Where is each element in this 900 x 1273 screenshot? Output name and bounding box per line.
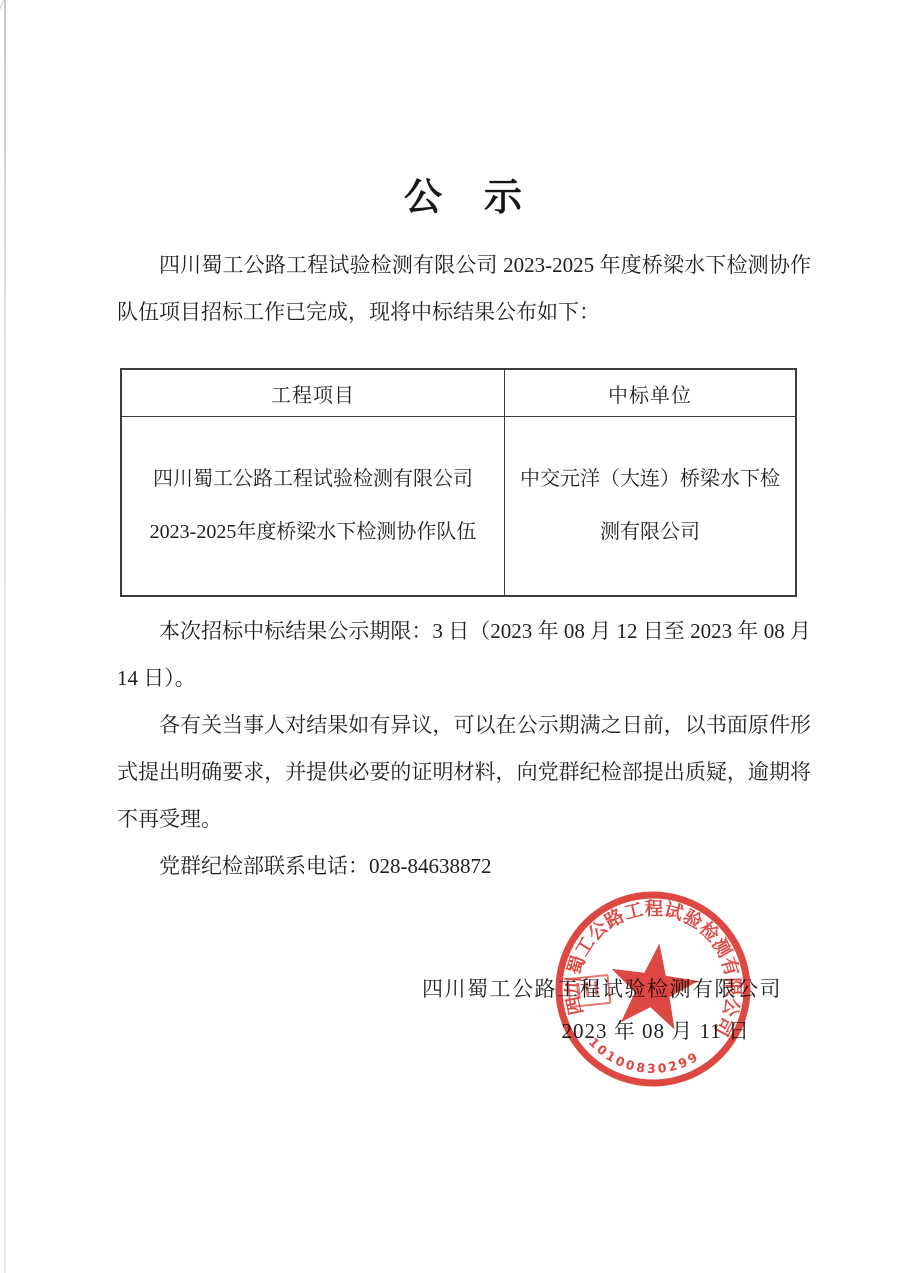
doc-title: 公 示 <box>117 166 811 221</box>
project-line1: 四川蜀工公路工程试验检测有限公司 <box>150 453 477 506</box>
objection-paragraph: 各有关当事人对结果如有异议，可以在公示期满之日前，以书面原件形式提出明确要求，并… <box>117 702 811 843</box>
winner-line2: 测有限公司 <box>520 506 780 559</box>
winner-line1: 中交元洋（大连）桥梁水下检 <box>520 453 780 506</box>
lower-paragraphs-block: 本次招标中标结果公示期限：3 日（2023 年 08 月 12 日至 2023 … <box>117 608 811 890</box>
result-table: 工程项目 中标单位 四川蜀工公路工程试验检测有限公司 2023-2025年度桥梁… <box>120 368 797 597</box>
intro-paragraph-block: 四川蜀工公路工程试验检测有限公司 2023-2025 年度桥梁水下检测协作队伍项… <box>117 242 811 336</box>
table-header-project: 工程项目 <box>122 370 505 417</box>
scan-edge-line <box>4 0 6 1273</box>
intro-paragraph: 四川蜀工公路工程试验检测有限公司 2023-2025 年度桥梁水下检测协作队伍项… <box>117 242 811 336</box>
table-header-winner: 中标单位 <box>505 370 795 417</box>
contact-paragraph: 党群纪检部联系电话：028-84638872 <box>117 843 811 890</box>
winner-cell: 中交元洋（大连）桥梁水下检 测有限公司 <box>505 417 795 595</box>
project-cell: 四川蜀工公路工程试验检测有限公司 2023-2025年度桥梁水下检测协作队伍 <box>122 417 505 595</box>
project-line2: 2023-2025年度桥梁水下检测协作队伍 <box>150 506 477 559</box>
document-page: 公 示 四川蜀工公路工程试验检测有限公司 2023-2025 年度桥梁水下检测协… <box>0 0 900 1273</box>
signature-date: 2023 年 08 月 11 日 <box>562 1015 750 1045</box>
period-paragraph: 本次招标中标结果公示期限：3 日（2023 年 08 月 12 日至 2023 … <box>117 608 811 702</box>
signature-company: 四川蜀工公路工程试验检测有限公司 <box>422 973 782 1003</box>
